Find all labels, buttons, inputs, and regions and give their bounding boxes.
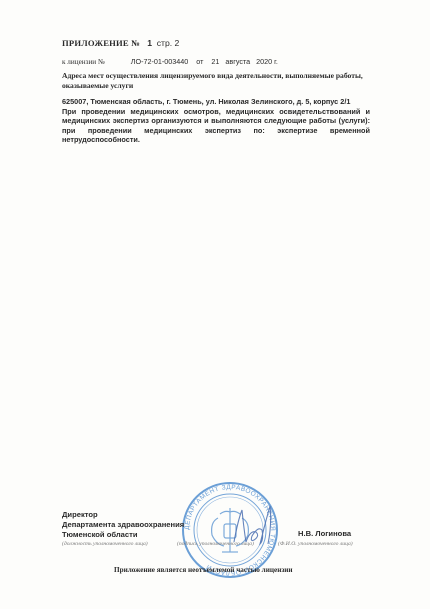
license-month: августа [225,57,250,66]
page-number: 2 [175,38,180,48]
appendix-heading: ПРИЛОЖЕНИЕ № 1 стр. 2 [62,38,179,48]
position-line-3: Тюменской области [62,530,184,540]
signatory-position: Директор Департамента здравоохранения Тю… [62,510,184,539]
license-label: к лицензии № [62,58,105,66]
caption-position: (должность уполномоченного лица) [62,541,148,547]
addresses-title: Адреса мест осуществления лицензируемого… [62,71,372,91]
license-body: 625007, Тюменская область, г. Тюмень, ул… [62,97,370,145]
appendix-number: 1 [147,38,152,48]
license-line: к лицензии № ЛО-72-01-003440 от 21 авгус… [62,57,278,66]
position-line-1: Директор [62,510,184,520]
caption-signature: (подпись уполномоченного лица) [177,541,254,547]
caption-name: (Ф.И.О. уполномоченного лица) [278,541,353,547]
license-year: 2020 г. [256,57,278,66]
license-number: ЛО-72-01-003440 [131,57,188,66]
address: 625007, Тюменская область, г. Тюмень, ул… [62,97,370,107]
footer-note: Приложение является неотъемлемой частью … [114,566,293,574]
license-day: 21 [211,57,219,66]
position-line-2: Департамента здравоохранения [62,520,184,530]
signatory-name: Н.В. Логинова [298,529,351,539]
page-label: стр. [157,38,172,48]
services-description: При проведении медицинских осмотров, мед… [62,107,370,145]
appendix-label: ПРИЛОЖЕНИЕ № [62,38,140,48]
license-from-label: от [196,57,203,66]
